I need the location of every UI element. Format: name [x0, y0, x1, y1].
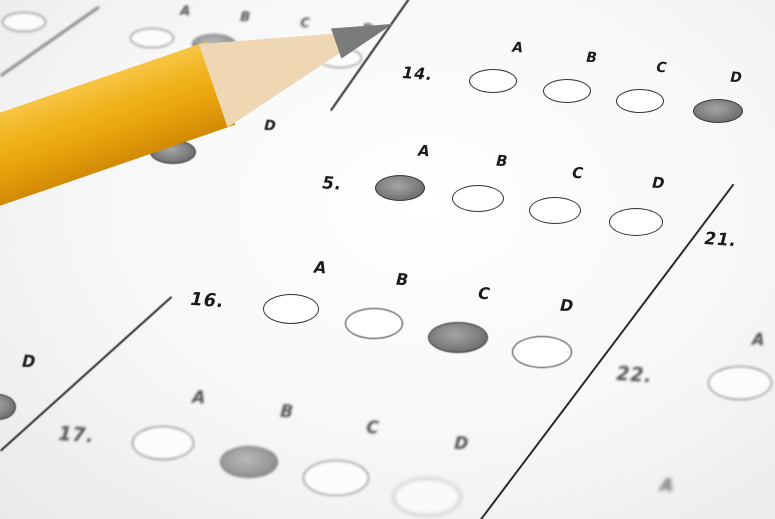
question-number: 21. — [702, 229, 740, 251]
answer-bubble — [345, 308, 403, 339]
choice-letter: C — [476, 284, 493, 304]
choice-letter: C — [570, 164, 586, 183]
choice-letter: A — [416, 142, 433, 161]
answer-bubble — [529, 197, 581, 224]
answer-bubble — [303, 460, 369, 496]
answer-bubble-filled — [428, 322, 488, 353]
choice-letter: D — [262, 118, 278, 135]
answer-bubble — [708, 366, 772, 400]
pencil-body — [0, 42, 235, 213]
choice-letter: D — [452, 433, 472, 454]
choice-letter: D — [650, 174, 668, 193]
answer-bubble — [452, 185, 504, 212]
question-number: 22. — [614, 363, 656, 388]
answer-bubble — [132, 426, 194, 460]
answer-bubble-filled — [375, 175, 425, 201]
choice-letter: A — [312, 258, 330, 278]
choice-letter: C — [364, 418, 382, 439]
choice-letter: B — [394, 270, 412, 290]
answer-bubble — [469, 69, 517, 93]
answer-bubble — [2, 12, 46, 32]
answer-bubble — [616, 89, 664, 113]
question-number: 16. — [188, 289, 228, 312]
choice-letter: B — [584, 50, 599, 67]
choice-letter: D — [558, 296, 577, 316]
answer-bubble-filled — [220, 446, 278, 478]
question-number: 17. — [56, 423, 98, 448]
answer-bubble — [543, 79, 591, 103]
answer-bubble-filled — [0, 394, 16, 420]
choice-letter: A — [190, 388, 209, 409]
answer-bubble-filled — [693, 99, 743, 123]
choice-letter: A — [510, 40, 526, 57]
choice-letter: B — [494, 152, 511, 171]
choice-letter: A — [658, 476, 677, 497]
answer-bubble — [512, 336, 572, 368]
answer-bubble — [393, 478, 461, 516]
answer-sheet-photo: A B C D A B C D 14. A B C D 5. A B C D 1… — [0, 0, 775, 519]
choice-letter: D — [20, 352, 39, 372]
choice-letter: B — [278, 402, 297, 423]
choice-letter: C — [654, 60, 669, 77]
answer-bubble — [263, 294, 319, 324]
choice-letter: A — [750, 330, 768, 350]
question-number: 5. — [320, 173, 345, 194]
choice-letter: A — [178, 4, 193, 20]
answer-bubble — [609, 208, 663, 236]
question-number: 14. — [400, 63, 436, 84]
choice-letter: D — [728, 70, 744, 87]
